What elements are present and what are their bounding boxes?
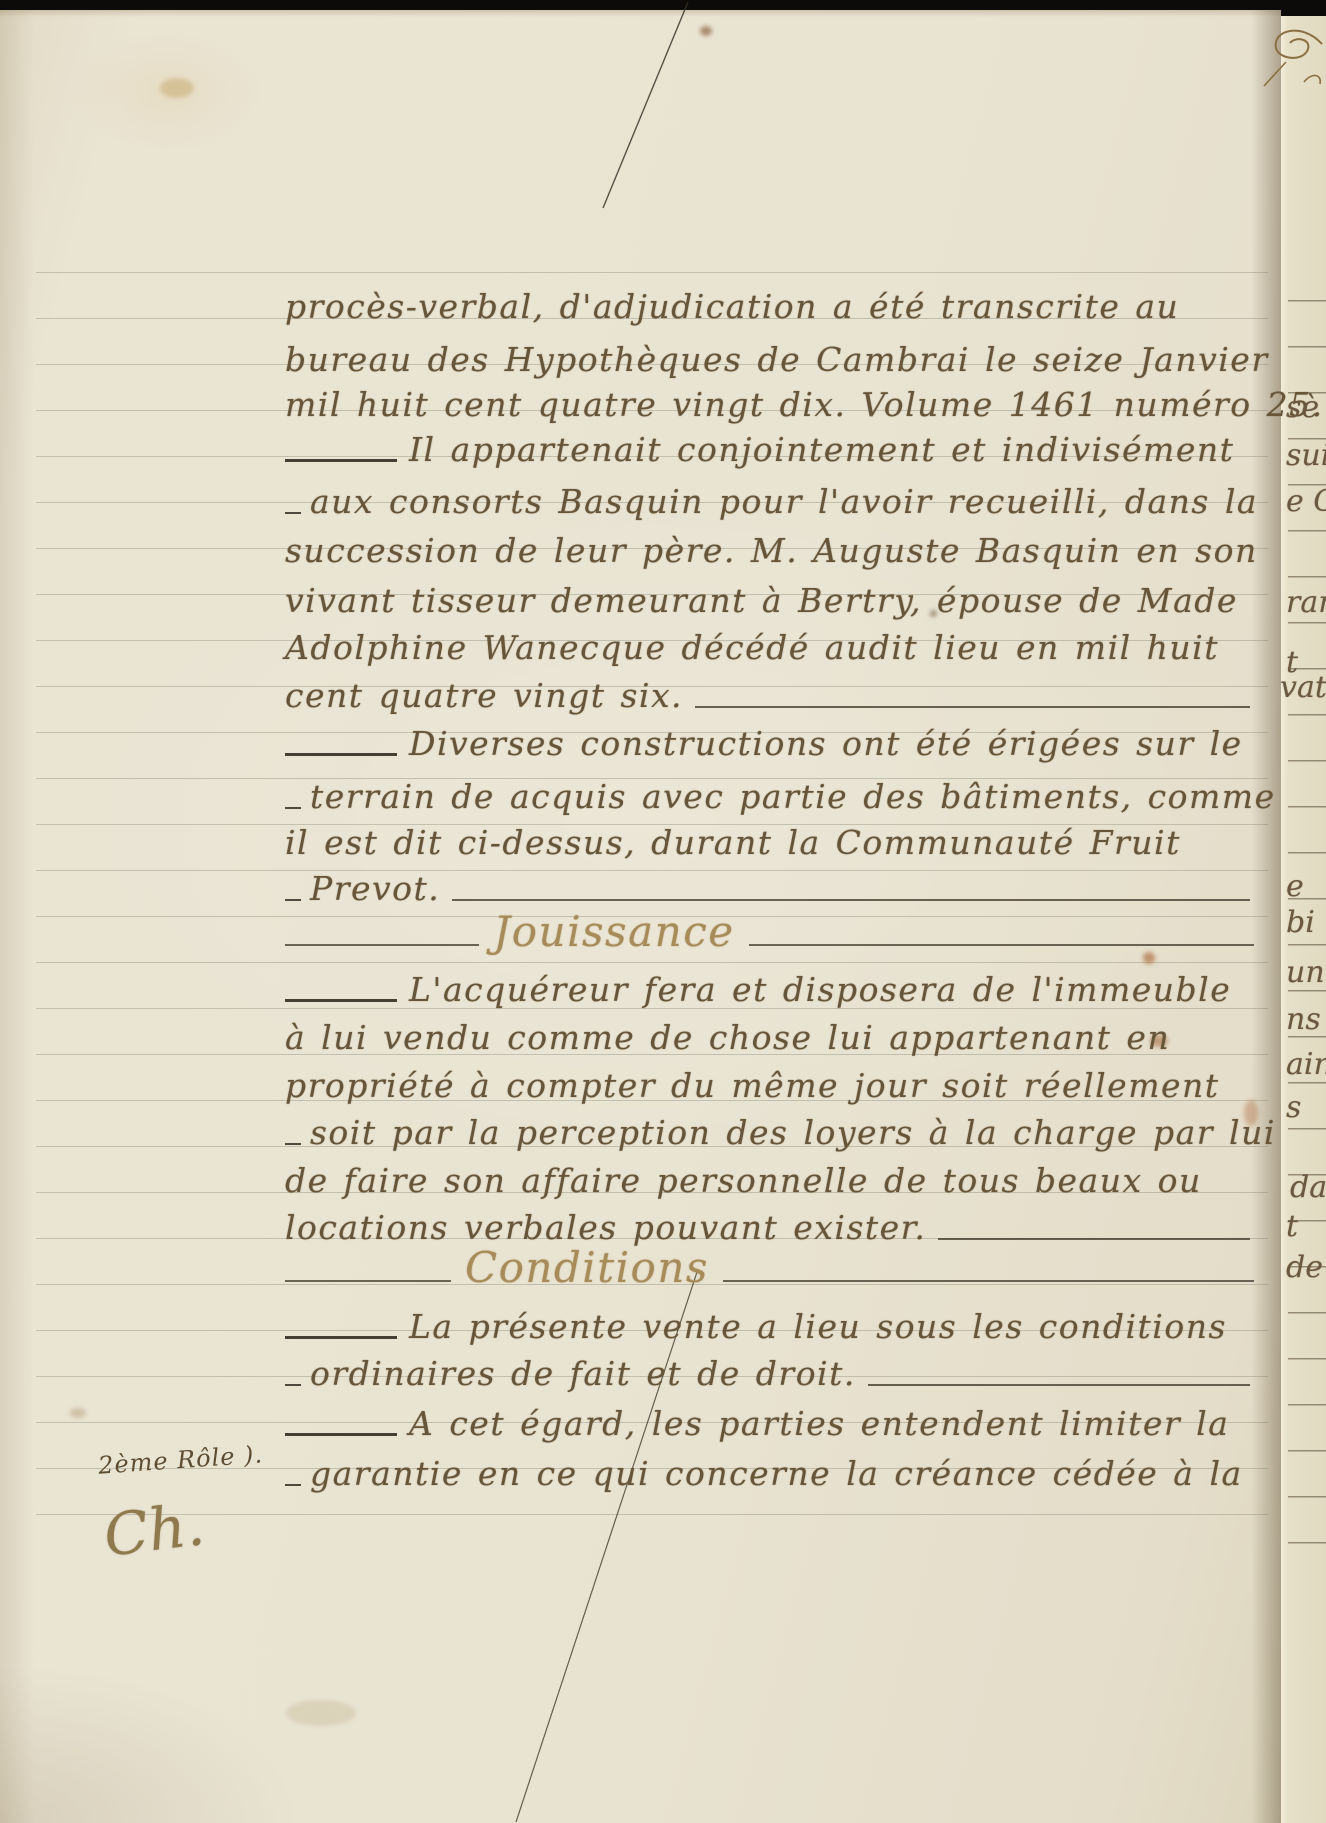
adjacent-page-fragment: e Ca xyxy=(1286,484,1326,519)
scanned-notarial-document: procès-verbal, d'adjudication a été tran… xyxy=(0,0,1326,1823)
ink-rule xyxy=(285,1280,451,1282)
adjacent-page-fragment: e xyxy=(1286,869,1304,904)
line-text: succession de leur père. M. Auguste Basq… xyxy=(285,529,1258,573)
adjacent-page-fragment: ns xyxy=(1286,1002,1321,1037)
ink-trailing-rule xyxy=(938,1238,1250,1240)
line-text: mil huit cent quatre vingt dix. Volume 1… xyxy=(285,383,1324,427)
line-text: vivant tisseur demeurant à Bertry, épous… xyxy=(285,579,1238,623)
paraph-initials: Ch. xyxy=(100,1490,208,1570)
ink-dash xyxy=(285,512,301,514)
ink-rule xyxy=(285,944,479,946)
line-text: procès-verbal, d'adjudication a été tran… xyxy=(285,285,1179,329)
line-text: Diverses constructions ont été érigées s… xyxy=(409,722,1243,766)
handwritten-line: soit par la perception des loyers à la c… xyxy=(285,1111,1254,1155)
ink-lead-rule xyxy=(285,459,397,462)
ink-trailing-rule xyxy=(452,899,1250,901)
handwritten-line: Il appartenait conjointement et indivisé… xyxy=(285,428,1254,472)
adjacent-page-fragment: de xyxy=(1286,1250,1323,1285)
line-text: Adolphine Wanecque décédé audit lieu en … xyxy=(285,626,1219,670)
line-text: bureau des Hypothèques de Cambrai le sei… xyxy=(285,338,1269,382)
ink-dash xyxy=(285,1384,301,1386)
heading-text: Conditions xyxy=(465,1241,709,1295)
line-text: Il appartenait conjointement et indivisé… xyxy=(409,428,1234,472)
handwritten-line: vivant tisseur demeurant à Bertry, épous… xyxy=(285,579,1254,623)
handwritten-line: de faire son affaire personnelle de tous… xyxy=(285,1159,1254,1203)
line-text: cent quatre vingt six. xyxy=(285,674,683,718)
adjacent-page-fragment: un xyxy=(1286,955,1325,990)
adjacent-page-fragment: das xyxy=(1290,1170,1326,1205)
adjacent-page-fragment: suiv xyxy=(1286,438,1326,473)
ink-lead-rule xyxy=(285,999,397,1002)
handwritten-line: La présente vente a lieu sous les condit… xyxy=(285,1305,1254,1349)
line-text: à lui vendu comme de chose lui appartena… xyxy=(285,1016,1170,1060)
ink-rule xyxy=(723,1280,1254,1282)
handwritten-line: à lui vendu comme de chose lui appartena… xyxy=(285,1016,1254,1060)
handwritten-line: bureau des Hypothèques de Cambrai le sei… xyxy=(285,338,1254,382)
section-heading-jouissance: Jouissance xyxy=(285,905,1254,959)
line-text: soit par la perception des loyers à la c… xyxy=(310,1111,1276,1155)
handwritten-line: L'acquéreur fera et disposera de l'immeu… xyxy=(285,968,1254,1012)
ink-dash xyxy=(285,1143,301,1145)
handwritten-line: mil huit cent quatre vingt dix. Volume 1… xyxy=(285,383,1254,427)
handwritten-line: Adolphine Wanecque décédé audit lieu en … xyxy=(285,626,1254,670)
handwritten-line: cent quatre vingt six. xyxy=(285,674,1254,718)
heading-text: Jouissance xyxy=(493,905,734,959)
handwritten-line: Diverses constructions ont été érigées s… xyxy=(285,722,1254,766)
handwritten-line: propriété à compter du même jour soit ré… xyxy=(285,1064,1254,1108)
ink-trailing-rule xyxy=(695,706,1250,708)
ink-lead-rule xyxy=(285,1433,397,1436)
adjacent-page-fragment: sè xyxy=(1286,390,1319,425)
handwritten-line: garantie en ce qui concerne la créance c… xyxy=(285,1452,1254,1496)
ink-lead-rule xyxy=(285,1336,397,1339)
line-text: ordinaires de fait et de droit. xyxy=(310,1352,856,1396)
line-text: La présente vente a lieu sous les condit… xyxy=(409,1305,1227,1349)
line-text: aux consorts Basquin pour l'avoir recuei… xyxy=(310,480,1258,524)
line-text: propriété à compter du même jour soit ré… xyxy=(285,1064,1220,1108)
adjacent-page-fragment: ain xyxy=(1286,1047,1326,1082)
handwritten-line: succession de leur père. M. Auguste Basq… xyxy=(285,529,1254,573)
handwritten-line: aux consorts Basquin pour l'avoir recuei… xyxy=(285,480,1254,524)
handwritten-line: terrain de acquis avec partie des bâtime… xyxy=(285,775,1254,819)
adjacent-page-fragment: t xyxy=(1286,1209,1298,1244)
handwritten-line: ordinaires de fait et de droit. xyxy=(285,1352,1254,1396)
handwritten-line: A cet égard, les parties entendent limit… xyxy=(285,1402,1254,1446)
line-text: il est dit ci-dessus, durant la Communau… xyxy=(285,821,1181,865)
line-text: garantie en ce qui concerne la créance c… xyxy=(310,1452,1243,1496)
line-text: A cet égard, les parties entendent limit… xyxy=(409,1402,1229,1446)
ink-lead-rule xyxy=(285,753,397,756)
ink-dash xyxy=(285,899,301,901)
adjacent-page-fragment: ran xyxy=(1286,585,1326,620)
line-text: de faire son affaire personnelle de tous… xyxy=(285,1159,1202,1203)
handwritten-line: il est dit ci-dessus, durant la Communau… xyxy=(285,821,1254,865)
line-text: terrain de acquis avec partie des bâtime… xyxy=(310,775,1276,819)
adjacent-page-fragment: bi xyxy=(1286,905,1315,940)
ink-trailing-rule xyxy=(868,1384,1250,1386)
ink-dash xyxy=(285,1484,301,1486)
ink-dash xyxy=(285,807,301,809)
line-text: L'acquéreur fera et disposera de l'immeu… xyxy=(409,968,1231,1012)
section-heading-conditions: Conditions xyxy=(285,1241,1254,1295)
adjacent-page-fragment: s xyxy=(1286,1090,1301,1125)
ink-rule xyxy=(749,944,1254,946)
adjacent-page-fragment: vateur xyxy=(1280,670,1326,705)
handwritten-line: procès-verbal, d'adjudication a été tran… xyxy=(285,285,1254,329)
